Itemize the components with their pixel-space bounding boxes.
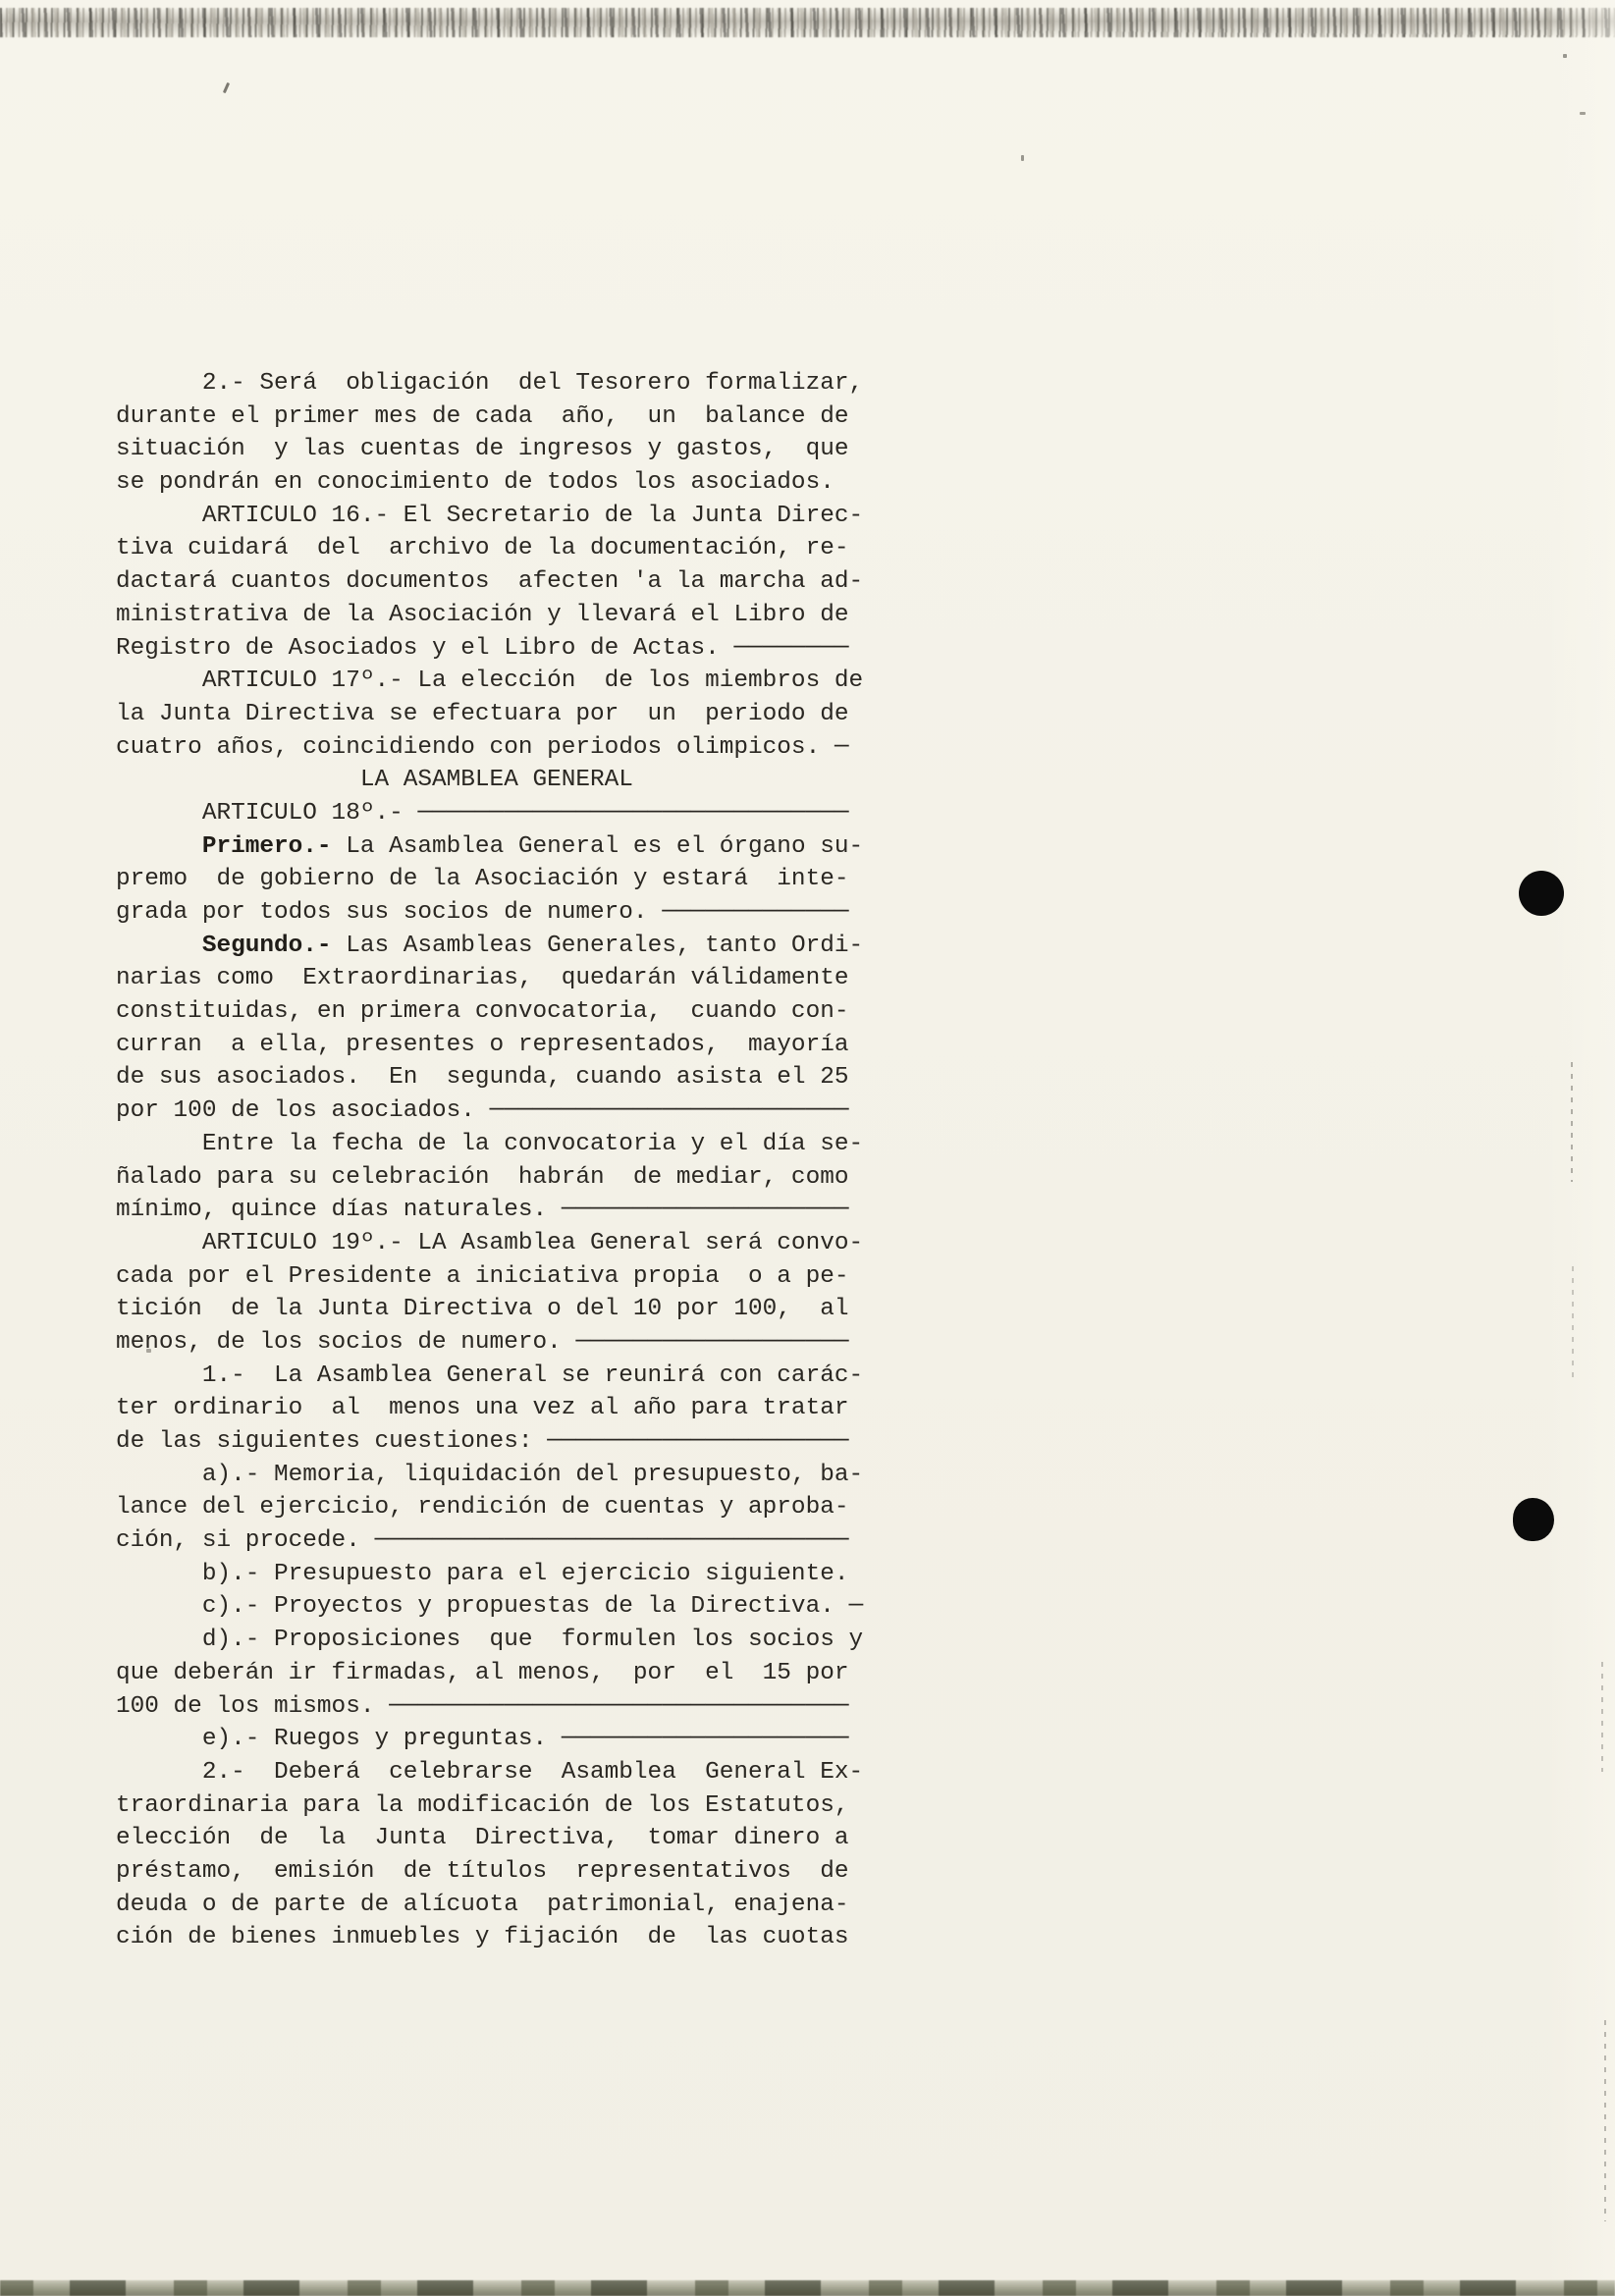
text-line: lance del ejercicio, rendición de cuenta… [116, 1491, 891, 1524]
text-line: grada por todos sus socios de numero. ──… [116, 896, 891, 930]
text-line: la Junta Directiva se efectuara por un p… [116, 698, 891, 731]
torn-paper-top-edge [0, 8, 1615, 37]
scanned-page: 2.- Será obligación del Tesorero formali… [0, 0, 1615, 2296]
hole-punch-dot [1519, 871, 1564, 916]
fold-dash-line [1571, 1062, 1573, 1182]
text-line: ARTICULO 16.- El Secretario de la Junta … [116, 500, 891, 533]
text-line: ción, si procede. ──────────────────────… [116, 1524, 891, 1558]
text-line: deuda o de parte de alícuota patrimonial… [116, 1889, 891, 1922]
text-line: ARTICULO 18º.- ─────────────────────────… [116, 797, 891, 830]
text-line: 100 de los mismos. ─────────────────────… [116, 1690, 891, 1724]
text-line: ministrativa de la Asociación y llevará … [116, 599, 891, 632]
page-right-edge-light [1546, 0, 1615, 2296]
text-line: de sus asociados. En segunda, cuando asi… [116, 1061, 891, 1095]
text-line: ñalado para su celebración habrán de med… [116, 1161, 891, 1195]
text-line: de las siguientes cuestiones: ──────────… [116, 1425, 891, 1459]
scan-speck [1563, 54, 1567, 58]
text-line: durante el primer mes de cada año, un ba… [116, 400, 891, 434]
scan-speck [1580, 112, 1586, 115]
fold-dash-line [1572, 1266, 1574, 1382]
text-line: Segundo.- Las Asambleas Generales, tanto… [116, 930, 891, 963]
text-line: e).- Ruegos y preguntas. ───────────────… [116, 1723, 891, 1756]
text-line: tiva cuidará del archivo de la documenta… [116, 532, 891, 565]
text-line: 1.- La Asamblea General se reunirá con c… [116, 1360, 891, 1393]
text-line: cada por el Presidente a iniciativa prop… [116, 1260, 891, 1294]
text-line: 2.- Deberá celebrarse Asamblea General E… [116, 1756, 891, 1789]
text-line: tición de la Junta Directiva o del 10 po… [116, 1293, 891, 1326]
photocopy-bottom-edge [0, 2280, 1615, 2296]
text-line: por 100 de los asociados. ──────────────… [116, 1095, 891, 1128]
text-line: Registro de Asociados y el Libro de Acta… [116, 632, 891, 666]
text-line: c).- Proyectos y propuestas de la Direct… [116, 1590, 891, 1624]
text-line: Entre la fecha de la convocatoria y el d… [116, 1128, 891, 1161]
text-line: curran a ella, presentes o representados… [116, 1029, 891, 1062]
text-line: constituidas, en primera convocatoria, c… [116, 995, 891, 1029]
scan-speck [1021, 155, 1024, 161]
text-line: ter ordinario al menos una vez al año pa… [116, 1392, 891, 1425]
text-line: préstamo, emisión de títulos representat… [116, 1855, 891, 1889]
text-line: dactará cuantos documentos afecten 'a la… [116, 565, 891, 599]
text-line: ARTICULO 19º.- LA Asamblea General será … [116, 1227, 891, 1260]
text-line: situación y las cuentas de ingresos y ga… [116, 433, 891, 466]
fold-dash-line [1604, 2020, 1606, 2221]
text-line: b).- Presupuesto para el ejercicio sigui… [116, 1558, 891, 1591]
scan-speck [146, 1349, 151, 1353]
fold-dash-line [1601, 1662, 1603, 1772]
text-line: menos, de los socios de numero. ────────… [116, 1326, 891, 1360]
text-line: Primero.- La Asamblea General es el órga… [116, 830, 891, 864]
text-line: traordinaria para la modificación de los… [116, 1789, 891, 1823]
document-text: 2.- Será obligación del Tesorero formali… [116, 367, 891, 1954]
text-line: ARTICULO 17º.- La elección de los miembr… [116, 665, 891, 698]
text-line: narias como Extraordinarias, quedarán vá… [116, 962, 891, 995]
text-line: ción de bienes inmuebles y fijación de l… [116, 1921, 891, 1954]
text-line: se pondrán en conocimiento de todos los … [116, 466, 891, 500]
text-line: premo de gobierno de la Asociación y est… [116, 863, 891, 896]
text-line: d).- Proposiciones que formulen los soci… [116, 1624, 891, 1657]
text-line: a).- Memoria, liquidación del presupuest… [116, 1459, 891, 1492]
text-line: 2.- Será obligación del Tesorero formali… [116, 367, 891, 400]
hole-punch-dot [1513, 1498, 1554, 1541]
text-line: LA ASAMBLEA GENERAL [116, 764, 891, 797]
text-line: cuatro años, coincidiendo con periodos o… [116, 731, 891, 765]
scan-speck [223, 82, 230, 93]
text-line: mínimo, quince días naturales. ─────────… [116, 1194, 891, 1227]
text-line: que deberán ir firmadas, al menos, por e… [116, 1657, 891, 1690]
text-line: elección de la Junta Directiva, tomar di… [116, 1822, 891, 1855]
